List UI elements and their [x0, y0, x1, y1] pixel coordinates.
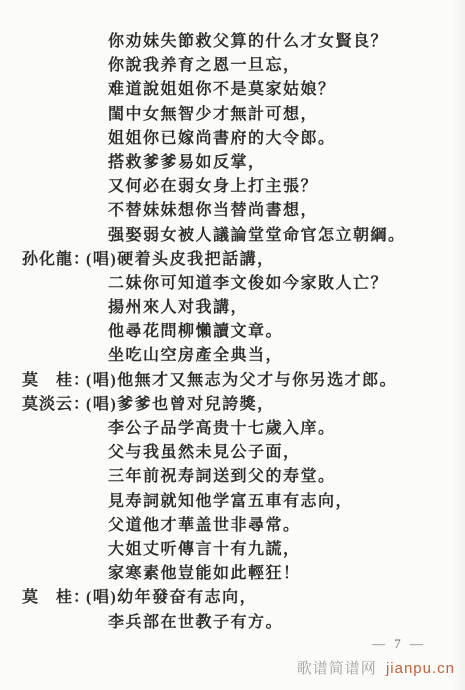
lyric-text: 他尋花問柳懶讀文章。 — [108, 323, 283, 340]
lyric-text: 难道說姐姐你不是莫家姑娘？ — [108, 81, 336, 98]
page-number: — 7 — — [372, 636, 426, 652]
speaker-name: 莫 桂： — [22, 586, 90, 610]
lyric-text: 閨中女無智少才無計可想， — [108, 106, 318, 123]
script-line: 父与我虽然未見公子面， — [0, 441, 465, 465]
lyric-text: (唱)幼年發奋有志向， — [86, 589, 257, 606]
watermark-site-url[interactable]: jianpu.cn — [386, 660, 455, 677]
script-line: 莫 桂：(唱)他無才又無志为父才与你另选才郎。 — [0, 369, 465, 393]
lyric-text: 二妹你可知道李文俊如今家敗人亡？ — [108, 275, 388, 292]
watermark-site-name: 歌谱简谱网 — [297, 660, 377, 677]
script-line: 他尋花問柳懶讀文章。 — [0, 320, 465, 344]
script-line: 坐吃山空房產全典当， — [0, 344, 465, 368]
script-line: 閨中女無智少才無計可想， — [0, 103, 465, 127]
speaker-name: 莫 桂： — [22, 369, 90, 393]
script-line: 揚州來人对我講， — [0, 296, 465, 320]
script-line: 不替妹妹想你当替尚書想， — [0, 199, 465, 223]
lyric-text: 搭救爹爹易如反掌， — [108, 154, 266, 171]
lyric-text: 李公子品学高贵十七歲入庠。 — [108, 420, 336, 437]
lyric-text: 三年前祝寿詞送到父的寿堂。 — [108, 468, 336, 485]
script-line: 李公子品学高贵十七歲入庠。 — [0, 417, 465, 441]
lyric-text: 强娶弱女被人議論堂堂命官怎立朝綱。 — [108, 227, 406, 244]
script-line: 你劝妹失節救父算的什么才女賢良？ — [0, 30, 465, 54]
lyric-text: (唱)爹爹也曾对兒誇獎， — [86, 396, 275, 413]
script-line: 孙化龍：(唱)硬着头皮我把話講， — [0, 248, 465, 272]
script-line: 莫 桂：(唱)幼年發奋有志向， — [0, 586, 465, 610]
script-line: 大姐丈听傳言十有九謊， — [0, 538, 465, 562]
lyric-text: 見寿詞就知他学富五車有志向， — [108, 493, 353, 510]
script-line: 强娶弱女被人議論堂堂命官怎立朝綱。 — [0, 224, 465, 248]
script-line: 又何必在弱女身上打主張？ — [0, 175, 465, 199]
script-line: 你說我养育之恩一旦忘， — [0, 54, 465, 78]
lyric-text: 坐吃山空房產全典当， — [108, 347, 283, 364]
script-line: 搭救爹爹易如反掌， — [0, 151, 465, 175]
watermark: 歌谱简谱网 jianpu.cn — [297, 657, 455, 678]
script-line: 二妹你可知道李文俊如今家敗人亡？ — [0, 272, 465, 296]
script-line: 父道他才華盖世非尋常。 — [0, 514, 465, 538]
script-line: 李兵部在世教子有方。 — [0, 611, 465, 635]
lyric-text: 姐姐你已嫁尚書府的大令郎。 — [108, 130, 336, 147]
script-text-area: 你劝妹失節救父算的什么才女賢良？你說我养育之恩一旦忘，难道說姐姐你不是莫家姑娘？… — [0, 30, 465, 635]
lyric-text: (唱)他無才又無志为父才与你另选才郎。 — [86, 372, 397, 389]
lyric-text: 你說我养育之恩一旦忘， — [108, 57, 301, 74]
lyric-text: 揚州來人对我講， — [108, 299, 248, 316]
lyric-text: 李兵部在世教子有方。 — [108, 614, 283, 631]
lyric-text: 不替妹妹想你当替尚書想， — [108, 202, 318, 219]
speaker-name: 莫淡云： — [22, 393, 90, 417]
lyric-text: 你劝妹失節救父算的什么才女賢良？ — [108, 33, 388, 50]
lyric-text: 父与我虽然未見公子面， — [108, 444, 301, 461]
scanned-script-page: 你劝妹失節救父算的什么才女賢良？你說我养育之恩一旦忘，难道說姐姐你不是莫家姑娘？… — [0, 0, 465, 690]
script-line: 难道說姐姐你不是莫家姑娘？ — [0, 78, 465, 102]
lyric-text: 父道他才華盖世非尋常。 — [108, 517, 301, 534]
script-line: 三年前祝寿詞送到父的寿堂。 — [0, 465, 465, 489]
lyric-text: (唱)硬着头皮我把話講， — [86, 251, 275, 268]
script-line: 姐姐你已嫁尚書府的大令郎。 — [0, 127, 465, 151]
speaker-name: 孙化龍： — [22, 248, 90, 272]
lyric-text: 又何必在弱女身上打主張？ — [108, 178, 318, 195]
script-line: 見寿詞就知他学富五車有志向， — [0, 490, 465, 514]
lyric-text: 家寒素他豈能如此輕狂！ — [108, 565, 301, 582]
script-line: 莫淡云：(唱)爹爹也曾对兒誇獎， — [0, 393, 465, 417]
script-line: 家寒素他豈能如此輕狂！ — [0, 562, 465, 586]
lyric-text: 大姐丈听傳言十有九謊， — [108, 541, 301, 558]
